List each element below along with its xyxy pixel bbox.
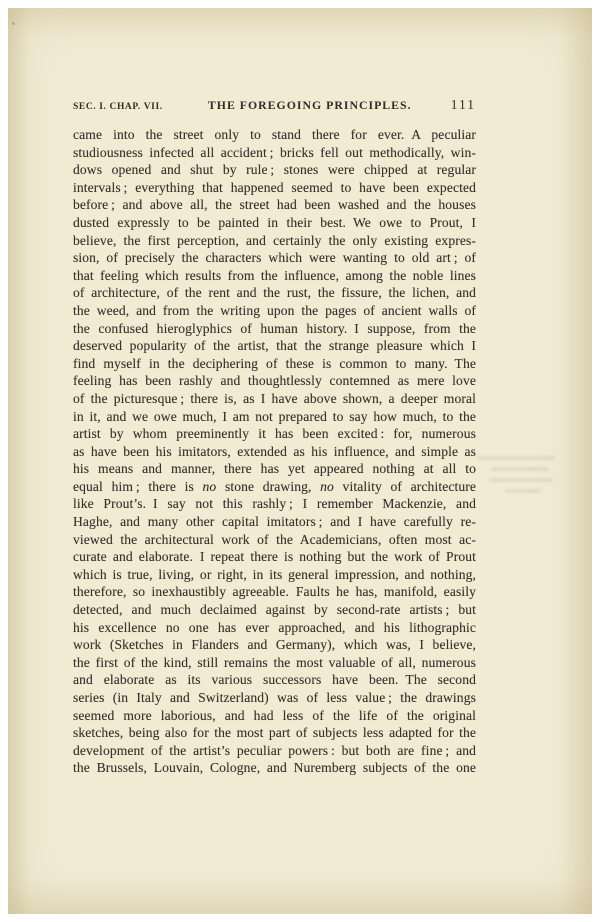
- show-through-line: [505, 489, 541, 493]
- text-line: sketches, being also for the most part o…: [73, 724, 476, 742]
- text-line: dows opened and shut by rule ; stones we…: [73, 161, 476, 179]
- text-line: in it, and we owe much, I am not prepare…: [73, 408, 476, 426]
- text-line: the first of the kind, still remains the…: [73, 654, 476, 672]
- text-line: believe, the first perception, and certa…: [73, 232, 476, 250]
- page-number: 111: [451, 97, 476, 113]
- text-block: SEC. I. CHAP. VII. THE FOREGOING PRINCIP…: [73, 97, 476, 777]
- text-line: work (Sketches in Flanders and Germany),…: [73, 636, 476, 654]
- text-line: Haghe, and many other capital imitators …: [73, 513, 476, 531]
- show-through-line: [491, 467, 549, 471]
- text-line: development of the artist’s peculiar pow…: [73, 742, 476, 760]
- text-line: curate and elaborate. I repeat there is …: [73, 548, 476, 566]
- text-line: like Prout’s. I say not this rashly ; I …: [73, 495, 476, 513]
- text-line: that feeling which results from the infl…: [73, 267, 476, 285]
- scan-frame: SEC. I. CHAP. VII. THE FOREGOING PRINCIP…: [0, 0, 600, 922]
- text-line: the confused hieroglyphics of human hist…: [73, 320, 476, 338]
- text-line: came into the street only to stand there…: [73, 126, 476, 144]
- page-header: SEC. I. CHAP. VII. THE FOREGOING PRINCIP…: [73, 97, 476, 113]
- text-line: artist by whom preeminently it has been …: [73, 425, 476, 443]
- text-line: studiousness infected all accident ; bri…: [73, 144, 476, 162]
- text-line: sion, of precisely the characters which …: [73, 249, 476, 267]
- page-body-text: came into the street only to stand there…: [73, 126, 476, 777]
- show-through-line: [477, 456, 555, 460]
- text-line: the Brussels, Louvain, Cologne, and Nure…: [73, 759, 476, 777]
- text-line: his excellence no one has ever approache…: [73, 619, 476, 637]
- text-line: detected, and much declaimed against by …: [73, 601, 476, 619]
- show-through-line: [489, 478, 553, 482]
- text-line: intervals ; everything that happened see…: [73, 179, 476, 197]
- text-line: the weed, and from the writing upon the …: [73, 302, 476, 320]
- text-line: find myself in the deciphering of these …: [73, 355, 476, 373]
- section-chapter-label: SEC. I. CHAP. VII.: [73, 102, 163, 112]
- text-line: before ; and above all, the street had b…: [73, 196, 476, 214]
- text-line: of architecture, of the rent and the rus…: [73, 284, 476, 302]
- text-line: feeling has been rashly and thoughtlessl…: [73, 372, 476, 390]
- book-page: SEC. I. CHAP. VII. THE FOREGOING PRINCIP…: [8, 8, 592, 914]
- paper-speck: [12, 22, 15, 25]
- text-line: his means and manner, there has yet appe…: [73, 460, 476, 478]
- text-line: dusted expressly to be painted in their …: [73, 214, 476, 232]
- text-line: deserved popularity of the artist, that …: [73, 337, 476, 355]
- text-line: series (in Italy and Switzerland) was of…: [73, 689, 476, 707]
- margin-show-through: [463, 456, 555, 500]
- text-line: and elaborate as its various successors …: [73, 671, 476, 689]
- running-title: THE FOREGOING PRINCIPLES.: [208, 98, 412, 113]
- text-line: equal him ; there is no stone drawing, n…: [73, 478, 476, 496]
- text-line: viewed the architectural work of the Aca…: [73, 531, 476, 549]
- text-line: as have been his imitators, extended as …: [73, 443, 476, 461]
- text-line: which is true, living, or right, in its …: [73, 566, 476, 584]
- text-line: therefore, so inexhaustibly agreeable. F…: [73, 583, 476, 601]
- text-line: of the picturesque ; there is, as I have…: [73, 390, 476, 408]
- text-line: seemed more laborious, and had less of t…: [73, 707, 476, 725]
